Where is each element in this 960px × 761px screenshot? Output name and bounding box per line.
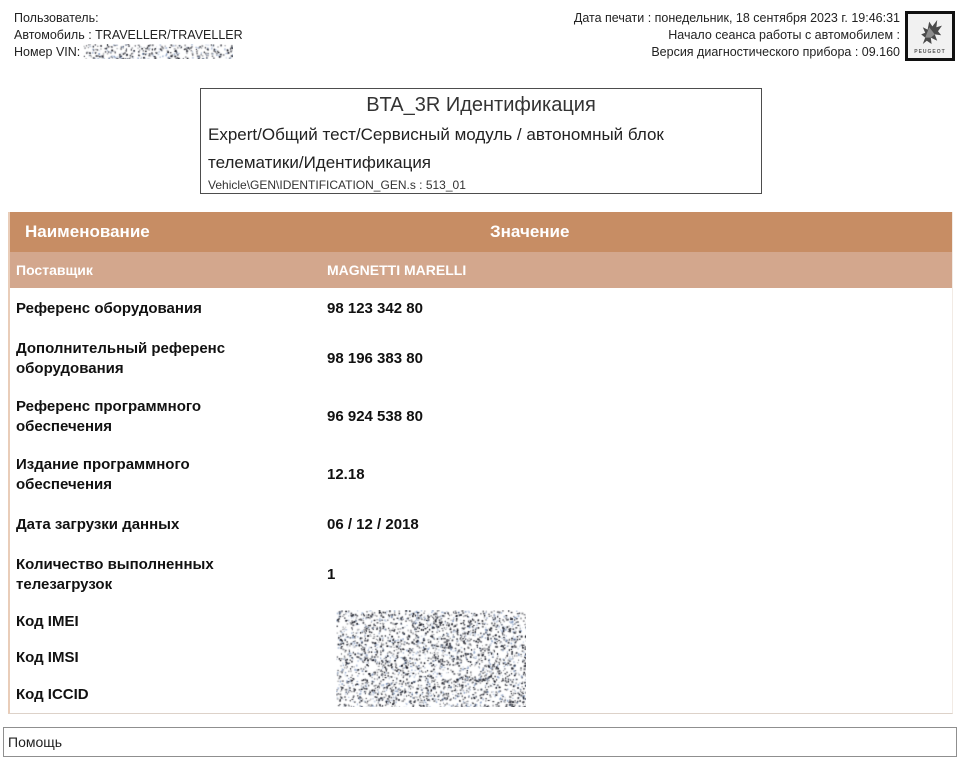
row-value: 98 123 342 80 bbox=[318, 288, 952, 330]
table-row: Код IMEI bbox=[10, 604, 952, 640]
test-title-box: BTA_3R Идентификация Expert/Общий тест/С… bbox=[200, 88, 762, 194]
row-label: Референс программного обеспечения bbox=[16, 397, 276, 437]
row-label: Код IMSI bbox=[16, 648, 79, 668]
row-value: 1 bbox=[318, 546, 952, 604]
session-info-right: Дата печати : понедельник, 18 сентября 2… bbox=[574, 10, 900, 61]
print-date-label: Дата печати : понедельник, 18 сентября 2… bbox=[574, 10, 900, 27]
test-path: Expert/Общий тест/Сервисный модуль / авт… bbox=[208, 121, 754, 177]
redacted-vin-value bbox=[83, 44, 233, 59]
row-label: Поставщик bbox=[10, 252, 318, 288]
test-title: BTA_3R Идентификация bbox=[208, 94, 754, 117]
row-label: Референс оборудования bbox=[16, 299, 202, 319]
row-value: MAGNETTI MARELLI bbox=[318, 252, 952, 288]
peugeot-logo: PEUGEOT bbox=[905, 11, 955, 61]
row-label: Дополнительный референс оборудования bbox=[16, 339, 276, 379]
row-value: 96 924 538 80 bbox=[318, 388, 952, 446]
session-start-label: Начало сеанса работы с автомобилем : bbox=[574, 27, 900, 44]
table-header-row: Наименование Значение bbox=[10, 212, 952, 252]
table-row: Дата загрузки данных 06 / 12 / 2018 bbox=[10, 504, 952, 546]
row-label: Код IMEI bbox=[16, 612, 79, 632]
vehicle-label: Автомобиль : TRAVELLER/TRAVELLER bbox=[14, 27, 243, 44]
vin-label: Номер VIN: bbox=[14, 45, 80, 59]
row-label: Количество выполненных телезагрузок bbox=[16, 555, 276, 595]
row-label: Код ICCID bbox=[16, 685, 89, 705]
vin-line: Номер VIN: bbox=[14, 44, 243, 61]
peugeot-lion-icon bbox=[914, 14, 946, 48]
help-button[interactable]: Помощь bbox=[3, 727, 957, 757]
session-info-left: Пользователь: Автомобиль : TRAVELLER/TRA… bbox=[14, 10, 243, 61]
column-header-value: Значение bbox=[318, 212, 952, 252]
row-value: 06 / 12 / 2018 bbox=[318, 504, 952, 546]
tool-version-label: Версия диагностического прибора : 09.160 bbox=[574, 44, 900, 61]
table-row-supplier: Поставщик MAGNETTI MARELLI bbox=[10, 252, 952, 288]
redacted-imei-imsi-iccid-values bbox=[336, 610, 526, 707]
table-row: Референс оборудования 98 123 342 80 bbox=[10, 288, 952, 330]
row-label: Дата загрузки данных bbox=[16, 515, 179, 535]
column-header-name: Наименование bbox=[10, 212, 318, 252]
redacted-codes-cell bbox=[318, 604, 952, 713]
user-label: Пользователь: bbox=[14, 10, 243, 27]
table-row: Референс программного обеспечения 96 924… bbox=[10, 388, 952, 446]
diagnostic-report-page: Пользователь: Автомобиль : TRAVELLER/TRA… bbox=[0, 0, 960, 761]
row-label: Издание программного обеспечения bbox=[16, 455, 276, 495]
table-row: Дополнительный референс оборудования 98 … bbox=[10, 330, 952, 388]
row-value: 12.18 bbox=[318, 446, 952, 504]
peugeot-wordmark: PEUGEOT bbox=[914, 49, 945, 55]
identification-table: Наименование Значение Поставщик MAGNETTI… bbox=[8, 212, 953, 714]
test-file-reference: Vehicle\GEN\IDENTIFICATION_GEN.s : 513_0… bbox=[208, 178, 754, 192]
table-row: Количество выполненных телезагрузок 1 bbox=[10, 546, 952, 604]
row-value: 98 196 383 80 bbox=[318, 330, 952, 388]
table-row: Издание программного обеспечения 12.18 bbox=[10, 446, 952, 504]
